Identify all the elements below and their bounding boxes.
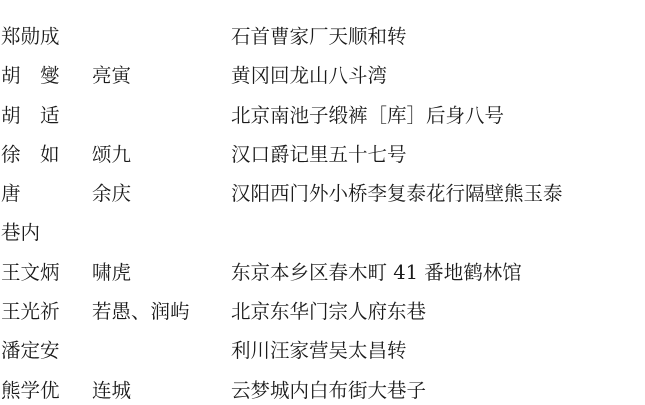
- directory-row: 胡 燮 亮寅 黄冈回龙山八斗湾: [0, 56, 645, 95]
- directory-row: 潘定安 利川汪家营吴太昌转: [0, 331, 645, 370]
- member-name: 唐: [1, 174, 21, 213]
- member-name: 王光祈: [1, 292, 60, 331]
- directory-row: 熊学优 连城 云梦城内白布街大巷子: [0, 371, 645, 405]
- member-address: 云梦城内白布街大巷子: [231, 371, 426, 405]
- directory-row: 王光祈 若愚、润屿 北京东华门宗人府东巷: [0, 292, 645, 331]
- member-name: 徐 如: [1, 135, 60, 174]
- member-name: 王文炳: [1, 253, 60, 292]
- member-address: 东京本乡区春木町 41 番地鹤林馆: [231, 253, 522, 292]
- directory-row: 王文炳 啸虎 东京本乡区春木町 41 番地鹤林馆: [0, 253, 645, 292]
- member-name: 潘定安: [1, 331, 60, 370]
- member-alias: 余庆: [92, 174, 131, 213]
- member-address: 利川汪家营吴太昌转: [231, 331, 407, 370]
- member-alias: 亮寅: [92, 56, 131, 95]
- directory-row: 郑勋成 石首曹家厂天顺和转: [0, 17, 645, 56]
- member-directory: 郑勋成 石首曹家厂天顺和转 胡 燮 亮寅 黄冈回龙山八斗湾 胡 适 北京南池子缎…: [0, 17, 645, 405]
- directory-row: 胡 适 北京南池子缎裤［库］后身八号: [0, 96, 645, 135]
- member-alias: 连城: [92, 371, 131, 405]
- member-name: 胡 燮: [1, 56, 60, 95]
- directory-row: 徐 如 颂九 汉口爵记里五十七号: [0, 135, 645, 174]
- member-address: 北京东华门宗人府东巷: [231, 292, 426, 331]
- member-address: 汉口爵记里五十七号: [231, 135, 407, 174]
- member-alias: 啸虎: [92, 253, 131, 292]
- member-name: 熊学优: [1, 371, 60, 405]
- member-name: 郑勋成: [1, 17, 60, 56]
- address-continuation: 巷内: [1, 213, 40, 252]
- directory-row: 唐 余庆 汉阳西门外小桥李复泰花行隔壁熊玉泰: [0, 174, 645, 213]
- member-name: 胡 适: [1, 96, 60, 135]
- directory-row-continuation: 巷内: [0, 213, 645, 252]
- member-address: 黄冈回龙山八斗湾: [231, 56, 387, 95]
- member-address: 北京南池子缎裤［库］后身八号: [231, 96, 504, 135]
- member-address: 汉阳西门外小桥李复泰花行隔壁熊玉泰: [231, 174, 563, 213]
- member-address: 石首曹家厂天顺和转: [231, 17, 407, 56]
- member-alias: 颂九: [92, 135, 131, 174]
- member-alias: 若愚、润屿: [92, 292, 190, 331]
